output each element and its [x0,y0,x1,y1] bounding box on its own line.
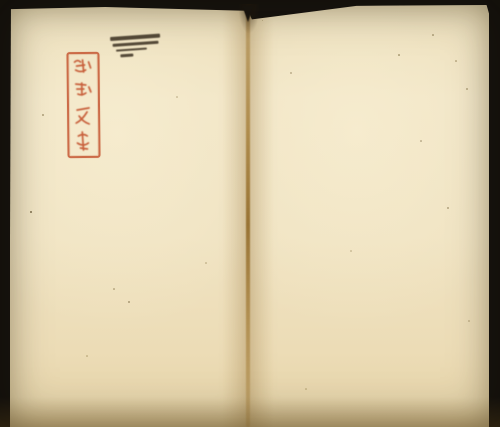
stamp-text-line [110,34,160,41]
right-page [248,5,489,427]
foxing-spot [30,211,32,213]
foxing-spot [350,250,352,252]
foxing-spot [398,54,400,56]
binding-notch [242,5,254,22]
foxing-spot [290,72,292,74]
foxing-spot [447,207,449,209]
foxing-spot [432,34,434,36]
foxing-spot [420,140,422,142]
foxing-spot [86,355,88,357]
book-photograph [0,0,500,427]
foxing-spot [113,288,115,290]
foxing-spot [128,301,130,303]
foxing-spot [455,60,457,62]
foxing-spot [42,114,44,116]
seal-characters-glyphs [68,54,97,155]
center-fold [246,6,250,427]
collector-seal [66,52,100,158]
stamp-text-line [112,40,158,46]
foxing-spot [468,320,470,322]
foxing-spot [466,88,468,90]
library-ink-stamp [110,33,170,67]
foxing-spot [305,388,307,390]
foxing-spot [262,20,263,21]
stamp-text-line [120,53,133,56]
stamp-text-line [116,47,147,52]
foxing-spot [205,262,207,264]
left-page [10,7,248,427]
foxing-spot [176,96,178,98]
